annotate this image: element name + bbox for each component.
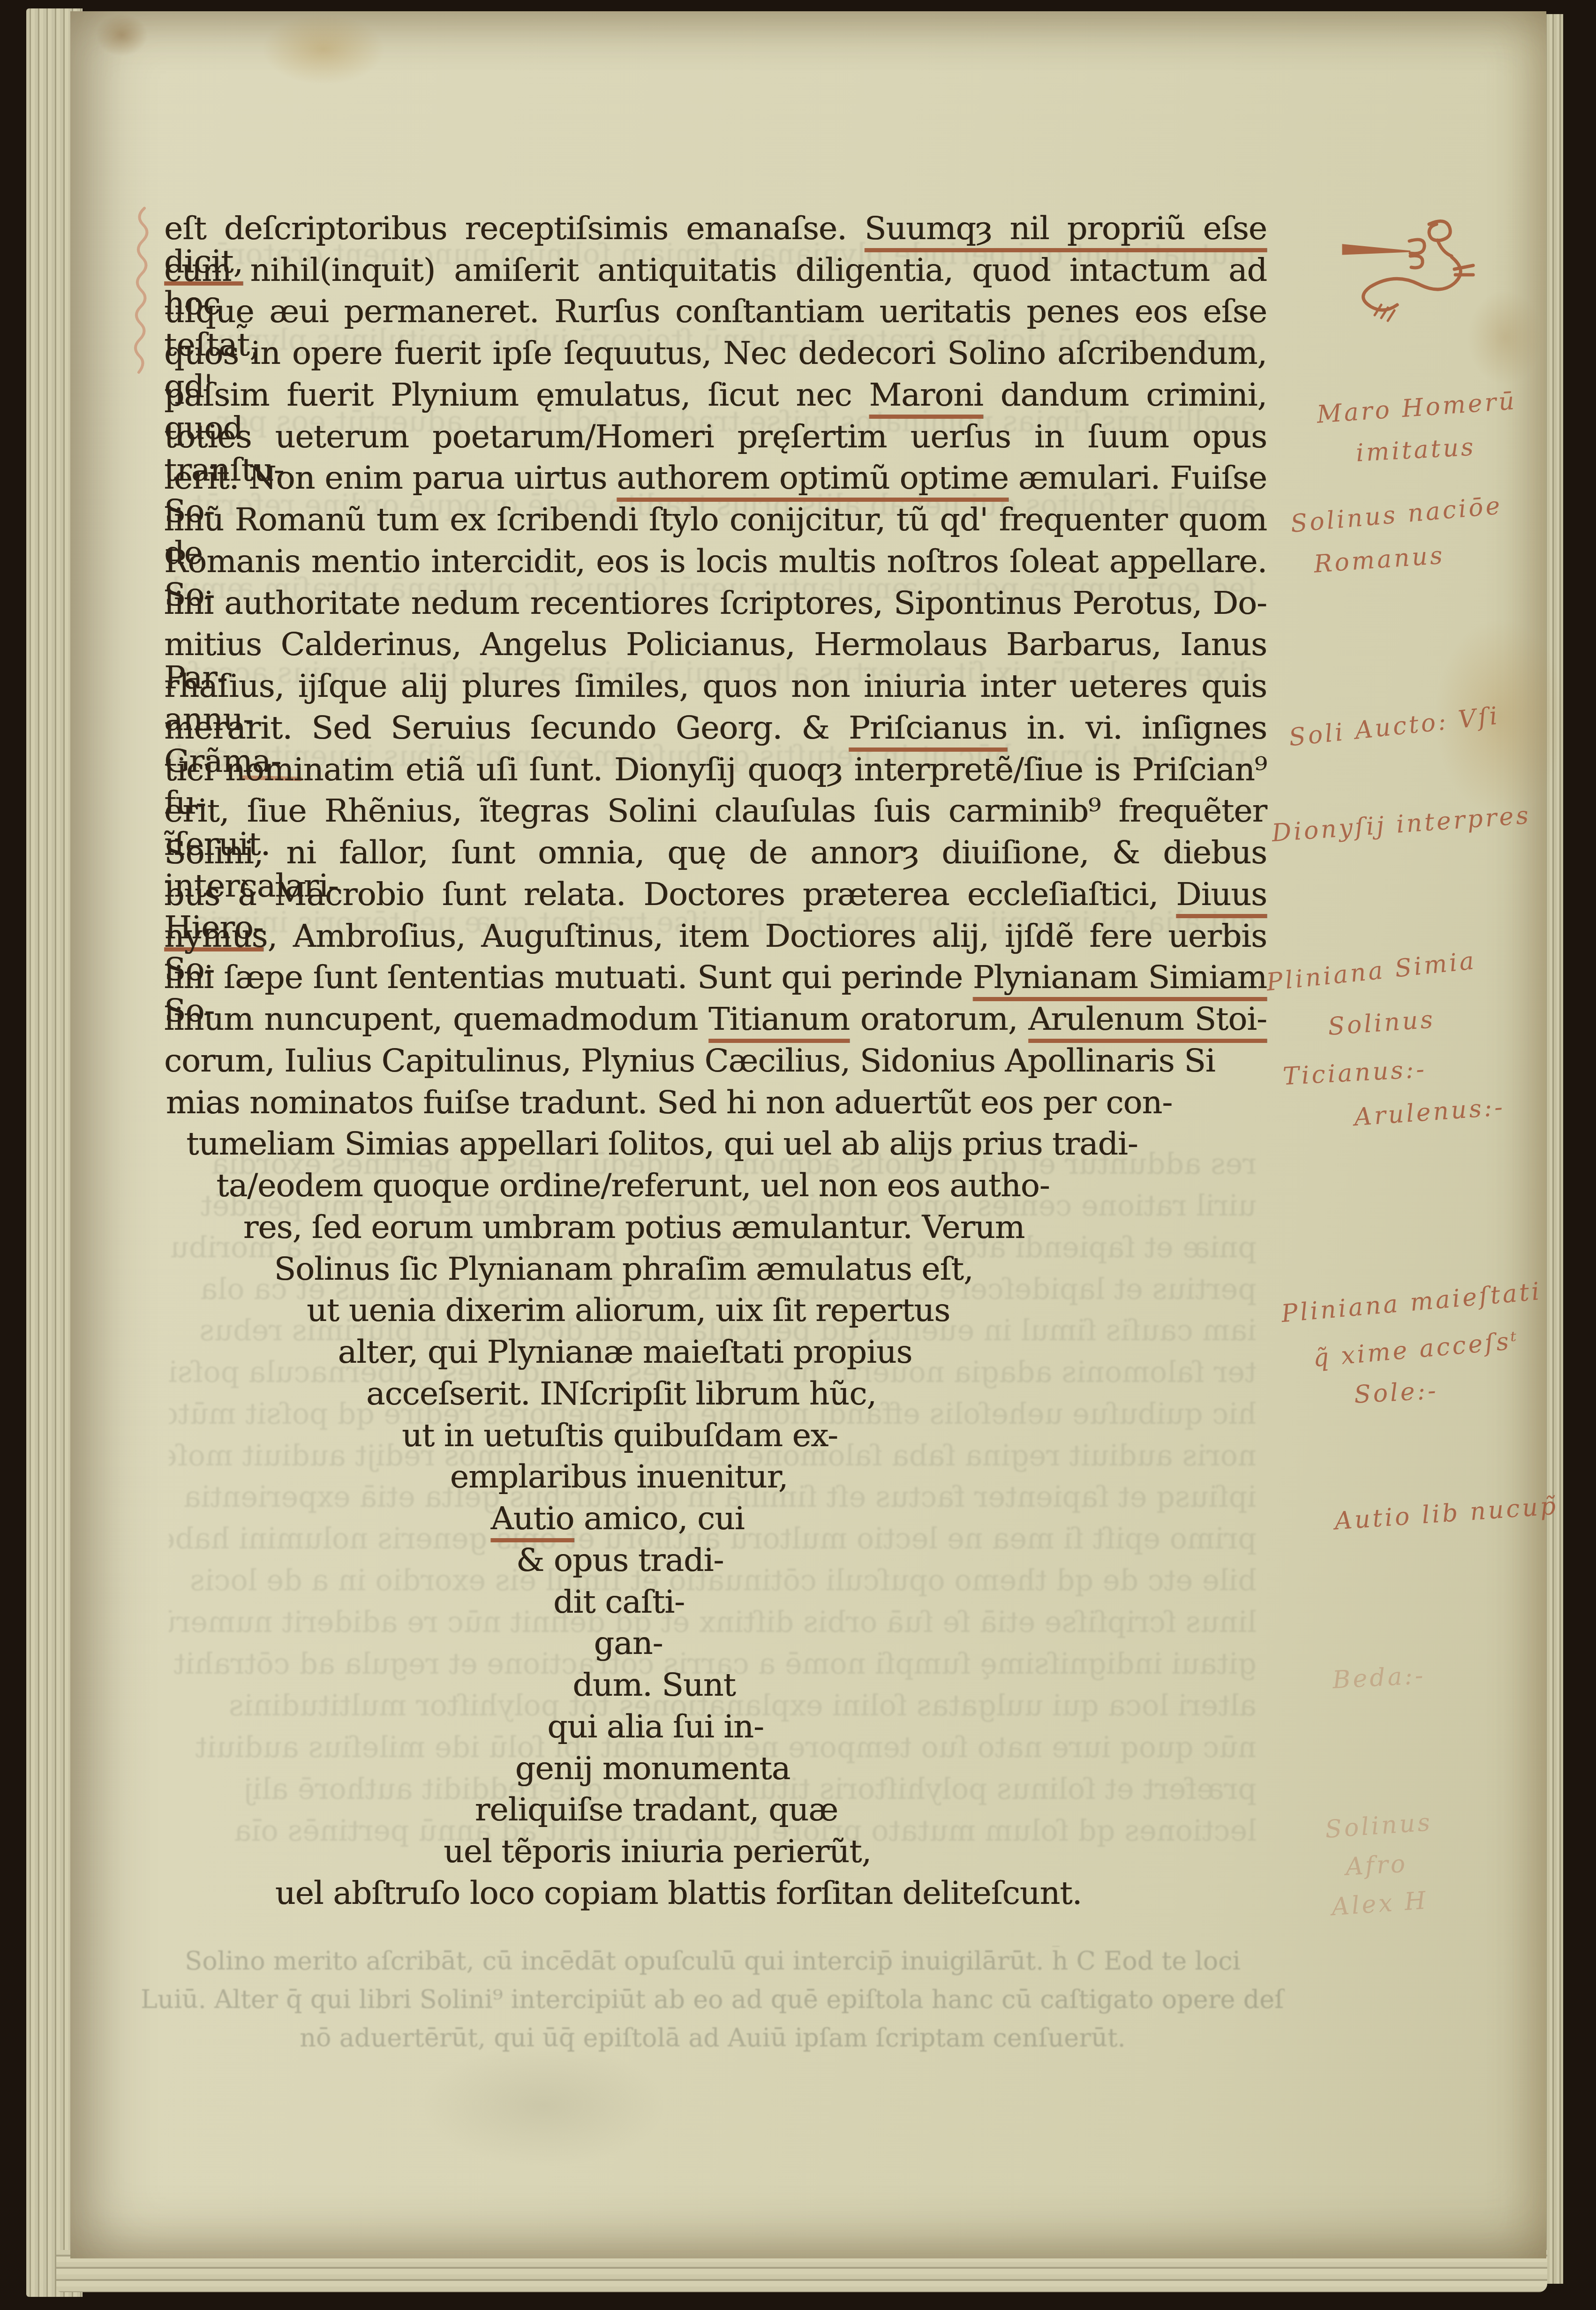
- text-line: dum. Sunt: [572, 1668, 736, 1702]
- text-line: Autio amico, cui: [490, 1502, 744, 1535]
- bleedthrough-line: Solino merito aſcribāt, cū incēdāt opuſc…: [141, 1946, 1285, 1976]
- text-line: dit caſti-: [553, 1585, 685, 1619]
- text-line: genij monumenta: [515, 1752, 790, 1785]
- text-line: acceſserit. INſcripſit librum hũc,: [366, 1377, 876, 1411]
- text-line: & opus tradi-: [516, 1544, 724, 1577]
- text-line: ta/eodem quoque ordine/referunt, uel non…: [216, 1169, 1049, 1202]
- margin-annotation: Afro: [1345, 1850, 1408, 1881]
- manicule-icon: [1336, 212, 1482, 329]
- text-line: alter, qui Plynianæ maieſtati propius: [338, 1336, 912, 1369]
- margin-annotation: Sole:-: [1354, 1376, 1439, 1409]
- text-line: ut uenia dixerim aliorum, uix ſit repert…: [307, 1294, 950, 1327]
- book-photo: mutuati ſunt qui perinde plynianam ſimia…: [0, 0, 1596, 2310]
- bleedthrough-line: linus ſcripſiſse etiā ſe ſuā orbis diſti…: [169, 1605, 1257, 1639]
- text-line: linum nuncupent, quemadmodum Titianum or…: [164, 1003, 1267, 1036]
- bleedthrough-line: Luiū. Alter q̄ qui libri Solini⁹ interci…: [141, 1985, 1285, 2014]
- margin-annotation: Beda:-: [1332, 1661, 1426, 1694]
- text-line: corum, Iulius Capitulinus, Plynius Cæcil…: [164, 1044, 1267, 1078]
- text-line: reliquiſse tradant, quæ: [475, 1793, 838, 1827]
- text-line: res, ſed eorum umbram potius æmulantur. …: [243, 1211, 1024, 1244]
- red-squiggle-mark: [132, 206, 153, 380]
- text-line: uel tẽporis iniuria perierũt,: [444, 1835, 871, 1868]
- text-line: Solinus ſic Plynianam phraſim æmulatus e…: [274, 1253, 973, 1286]
- text-line: gan-: [594, 1627, 663, 1660]
- text-line: qui alia ſui in-: [547, 1710, 764, 1744]
- text-line: tumeliam Simias appellari ſolitos, qui u…: [186, 1127, 1137, 1161]
- text-line: ut in uetuſtis quibuſdam ex-: [402, 1419, 838, 1452]
- text-line: emplaribus inuenitur,: [450, 1460, 788, 1494]
- text-line: uel abſtruſo loco copiam blattis forſita…: [275, 1877, 1082, 1910]
- bleedthrough-line: nō aduertērūt, qui ūq̄ epiſtolā ad Auiū …: [141, 2023, 1285, 2053]
- text-line: lini authoritate nedum recentiores ſcrip…: [164, 587, 1267, 620]
- text-line: mias nominatos fuiſse tradunt. Sed hi no…: [166, 1086, 1172, 1119]
